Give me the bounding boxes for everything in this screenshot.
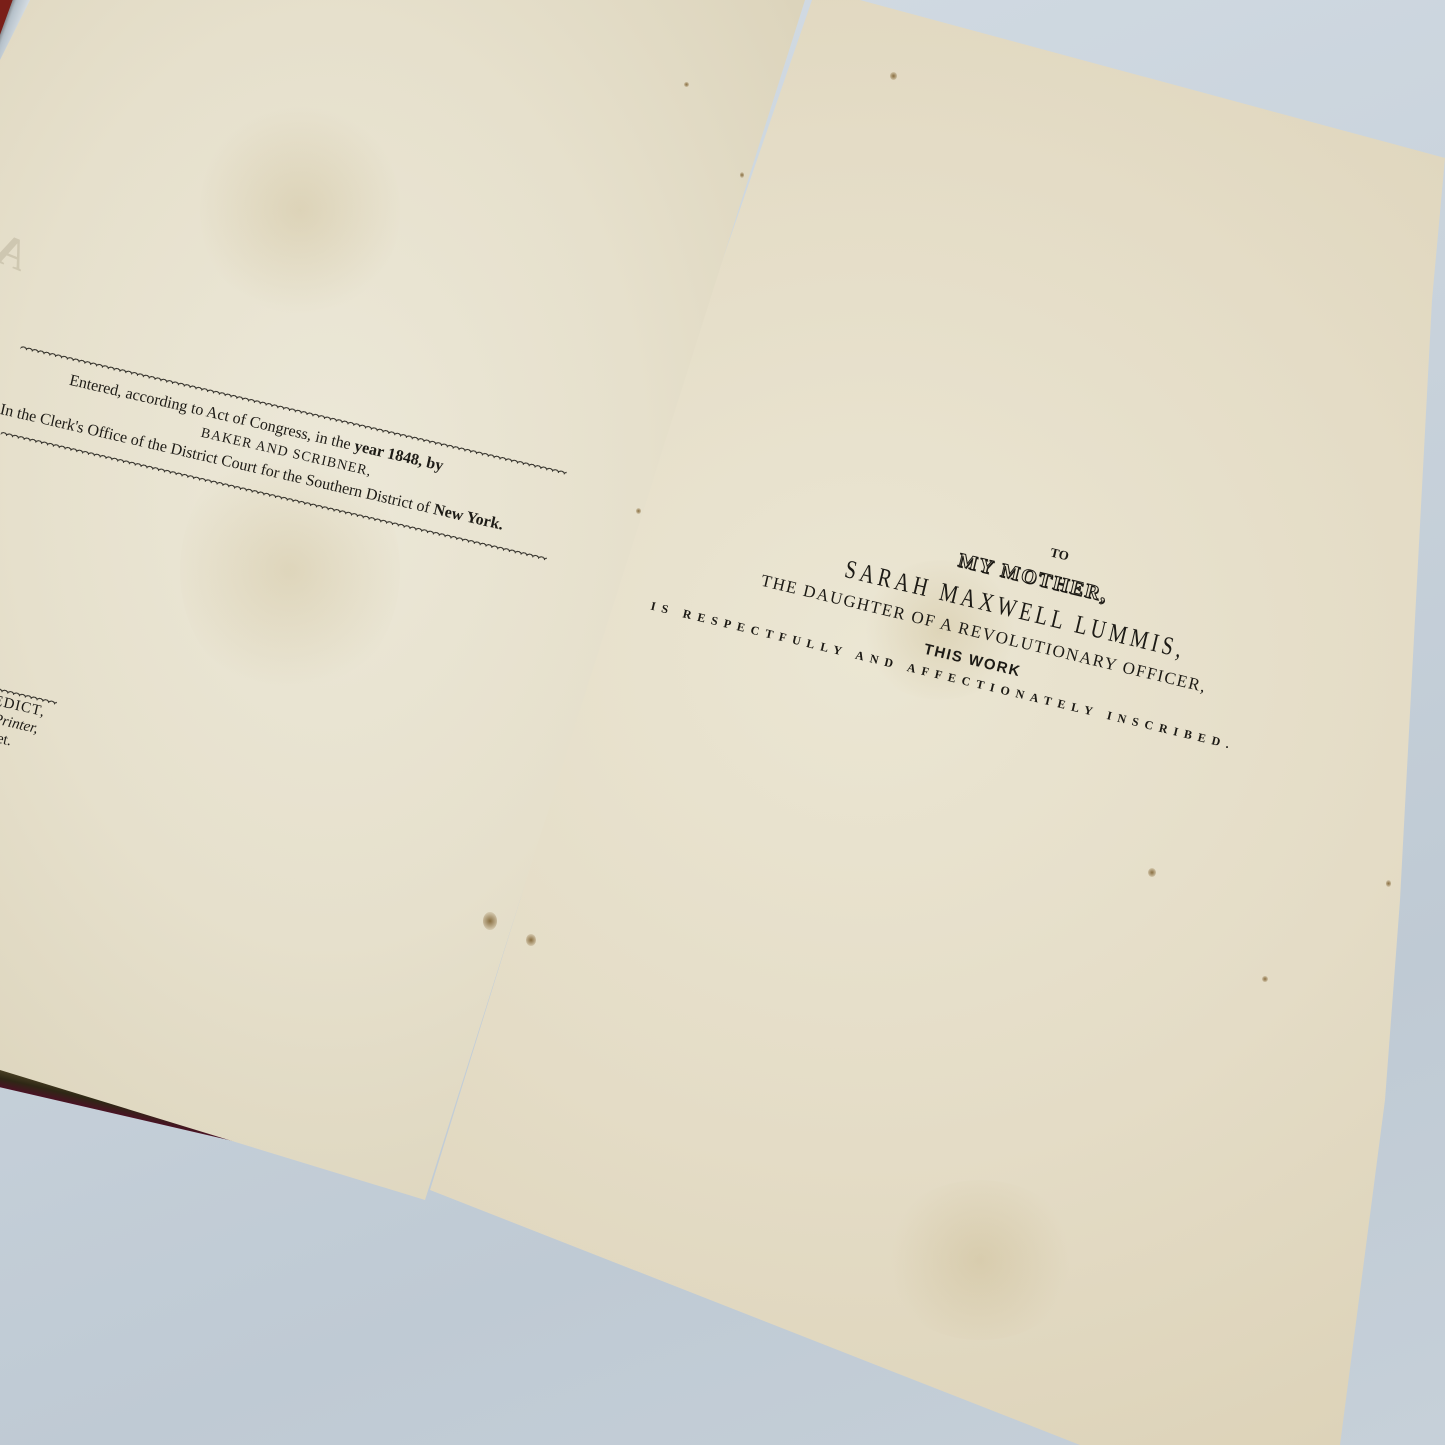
foxing-spot <box>1148 868 1156 877</box>
photo-scene: THE AMERICAN REVOLUTION Entered, accordi… <box>0 0 1445 1445</box>
foxing-spot <box>1386 880 1391 887</box>
foxing-spot <box>636 508 641 514</box>
foxing-spot <box>740 172 744 178</box>
foxing-spot <box>890 72 897 80</box>
foxing-stain <box>880 1180 1080 1340</box>
foxing-spot <box>1262 976 1268 982</box>
foxing-spot <box>684 82 689 87</box>
foxing-stain <box>200 100 400 320</box>
foxing-spot <box>483 912 497 930</box>
foxing-spot <box>526 934 536 946</box>
